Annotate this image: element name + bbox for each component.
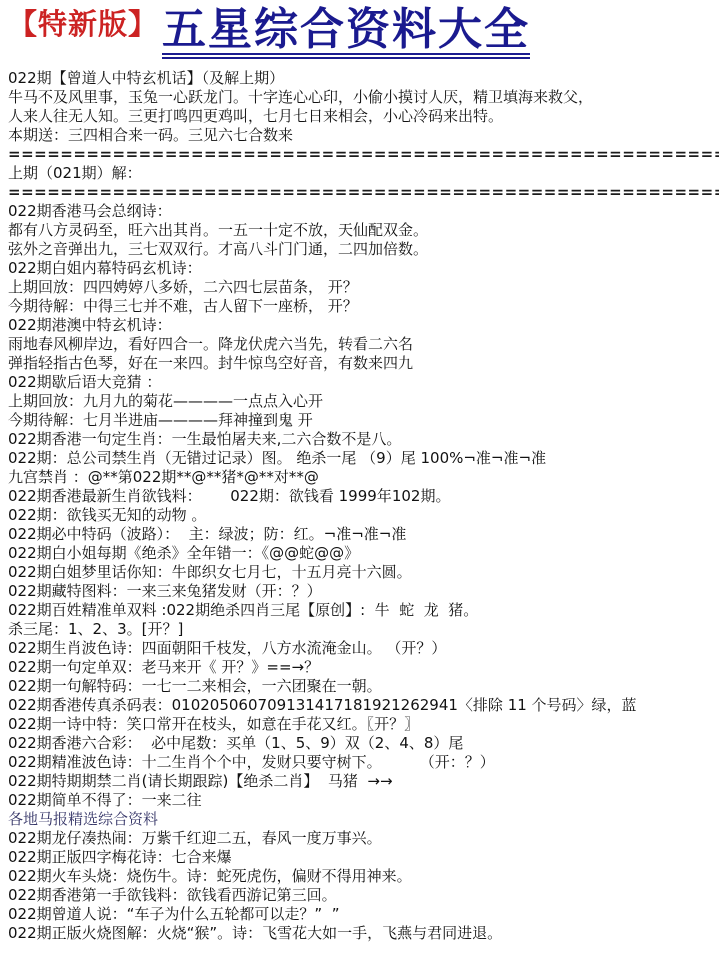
- text-line: 022期香港六合彩： 必中尾数：买单（1、5、9）双（2、4、8）尾: [8, 734, 719, 753]
- text-line: 022期【曾道人中特玄机话】（及解上期）: [8, 69, 719, 88]
- text-line: 022期港澳中特玄机诗：: [8, 316, 719, 335]
- text-line: 022期曾道人说：“车子为什么五轮都可以走？” ”: [8, 905, 719, 924]
- text-line: 022期一诗中特：笑口常开在枝头，如意在手花又红。〖开？〗: [8, 715, 719, 734]
- content-lines: 022期【曾道人中特玄机话】（及解上期）牛马不及风里事，玉兔一心跃龙门。十字连心…: [0, 59, 725, 943]
- text-line: 牛马不及风里事，玉兔一心跃龙门。十字连心心印，小偷小摸讨人厌，精卫填海来救父，: [8, 88, 719, 107]
- masthead: 【特新版】五星综合资料大全: [0, 0, 725, 59]
- text-line: 022期一句解特码：一七一二来相会，一六团聚在一朝。: [8, 677, 719, 696]
- text-line: 022期香港一句定生肖：一生最怕屠夫来,二六合数不是八。: [8, 430, 719, 449]
- text-line: 九宫禁肖 ：@**第022期**@**猪*@**对**@: [8, 468, 719, 487]
- text-line: 弦外之音弹出九，三七双双行。才高八斗门门通，二四加倍数。: [8, 240, 719, 259]
- separator-line: ========================================…: [8, 145, 719, 164]
- text-line: 雨地春风柳岸边，看好四合一。降龙伏虎六当先，转看二六名: [8, 335, 719, 354]
- text-line: 今期待解：七月半进庙————拜神撞到鬼 开: [8, 411, 719, 430]
- text-line: 022期香港第一手欲钱料：欲钱看西游记第三回。: [8, 886, 719, 905]
- text-line: 本期送：三四相合来一码。三见六七合数来: [8, 126, 719, 145]
- text-line: 022期藏特图料：一来三来兔猪发财（开：？）: [8, 582, 719, 601]
- section-heading: 各地马报精选综合资料: [8, 810, 719, 829]
- text-line: 022期百姓精准单双料 :022期绝杀四肖三尾【原创】: 牛 蛇 龙 猪。: [8, 601, 719, 620]
- text-line: 022期歇后语大竞猜 ：: [8, 373, 719, 392]
- text-line: 022期白小姐每期《绝杀》全年错一：《@@蛇@@》: [8, 544, 719, 563]
- text-line: 022期：总公司禁生肖（无错过记录）图。 绝杀一尾 （9）尾 100%¬准¬准¬…: [8, 449, 719, 468]
- page: 【特新版】五星综合资料大全 022期【曾道人中特玄机话】（及解上期）牛马不及风里…: [0, 0, 725, 965]
- text-line: 022期正版火烧图解：火烧“猴”。诗：飞雪花大如一手，飞燕与君同进退。: [8, 924, 719, 943]
- text-line: 022期必中特码（波路）： 主：绿波；防：红。¬准¬准¬准: [8, 525, 719, 544]
- text-line: 022期精准波色诗：十二生肖个个中，发财只要守树下。 （开：？）: [8, 753, 719, 772]
- text-line: 022期生肖波色诗：四面朝阳千枝发，八方水流淹金山。 （开？）: [8, 639, 719, 658]
- text-line: 都有八方灵码至，旺六出其肖。一五一十定不放，天仙配双金。: [8, 221, 719, 240]
- edition-badge: 【特新版】: [8, 10, 158, 39]
- text-line: 今期待解：中得三七并不难，古人留下一座桥， 开？: [8, 297, 719, 316]
- text-line: 022期火车头烧：烧伤牛。诗：蛇死虎伤，偏财不得用神来。: [8, 867, 719, 886]
- text-line: 022期特期期禁二肖(请长期跟踪)【绝杀二肖】 马猪 →→: [8, 772, 719, 791]
- text-line: 022期一句定单双：老马来开《 开？》==→？: [8, 658, 719, 677]
- text-line: 上期回放：九月九的菊花————一点点入心开: [8, 392, 719, 411]
- text-line: 022期白姐内幕特码玄机诗：: [8, 259, 719, 278]
- text-line: 022期龙仔凑热闹：万紫千红迎二五，春风一度万事兴。: [8, 829, 719, 848]
- page-title: 五星综合资料大全: [162, 8, 530, 55]
- text-line: 上期回放：四四娉婷八多娇，二六四七层苗条， 开？: [8, 278, 719, 297]
- title-underline: 五星综合资料大全: [162, 8, 530, 59]
- text-line: 022期简单不得了：一来二往: [8, 791, 719, 810]
- separator-line: ========================================…: [8, 183, 719, 202]
- text-line: 上期（021期）解：: [8, 164, 719, 183]
- text-line: 022期：欲钱买无知的动物 。: [8, 506, 719, 525]
- text-line: 022期白姐梦里话你知：牛郎织女七月七，十五月亮十六圆。: [8, 563, 719, 582]
- text-line: 022期香港最新生肖欲钱料： 022期：欲钱看 1999年102期。: [8, 487, 719, 506]
- text-line: 杀三尾：1、2、3。[开？]: [8, 620, 719, 639]
- text-line: 弹指轻指古色琴，好在一来四。封牛惊鸟空好音，有数来四九: [8, 354, 719, 373]
- text-line: 022期正版四字梅花诗：七合来爆: [8, 848, 719, 867]
- text-line: 022期香港传真杀码表：0102050607091314171819212629…: [8, 696, 719, 715]
- text-line: 022期香港马会总纲诗：: [8, 202, 719, 221]
- text-line: 人来人往无人知。三更打鸣四更鸡叫，七月七日来相会，小心冷码来出特。: [8, 107, 719, 126]
